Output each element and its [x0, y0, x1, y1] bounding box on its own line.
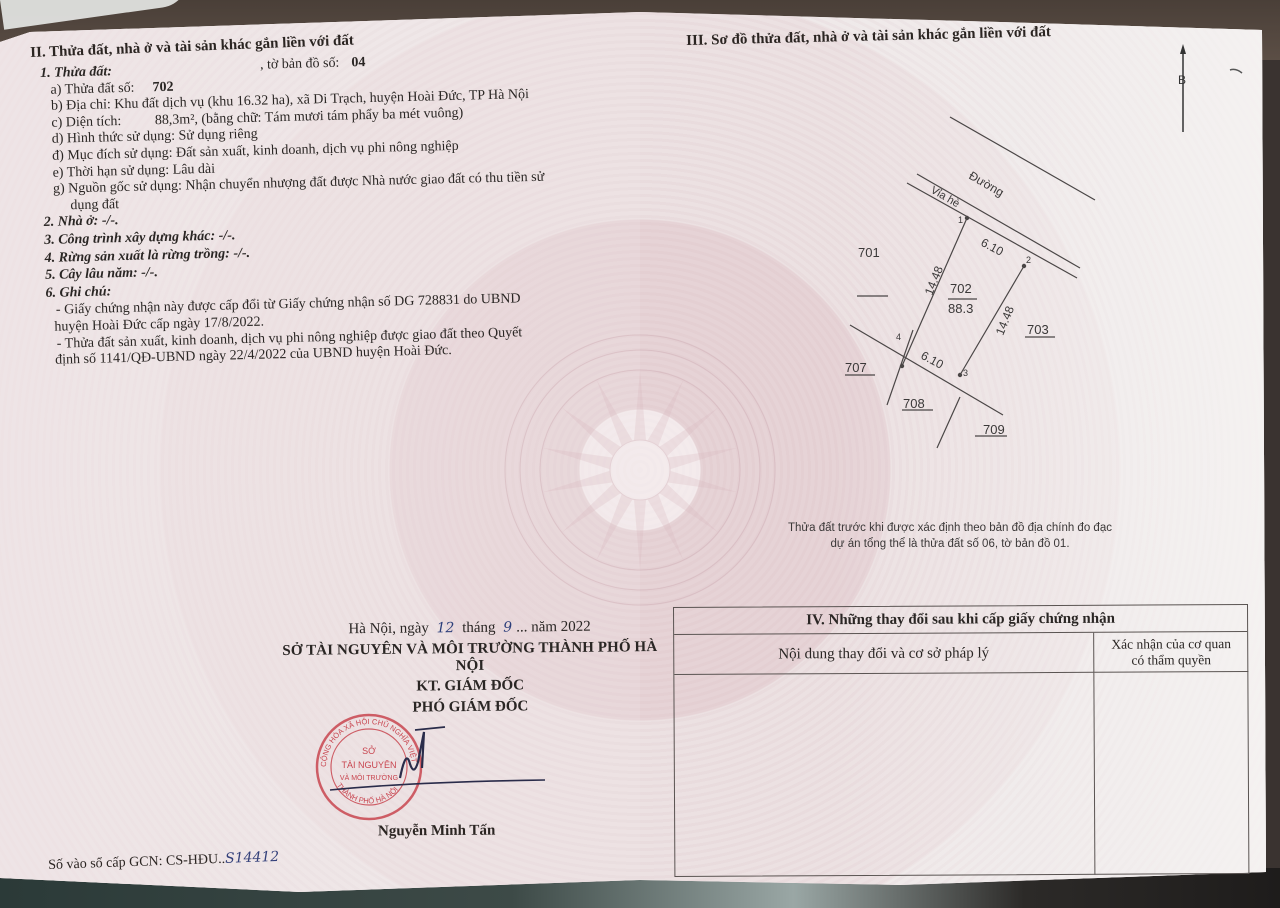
diagram-note-line-2: dự án tổng thể là thửa đất số 06, tờ bản… [780, 536, 1120, 552]
date-day: 12 [432, 620, 458, 636]
north-label: B [1178, 73, 1186, 87]
date-prefix: Hà Nội, ngày [348, 620, 429, 637]
edge-right-length: 14.48 [993, 304, 1017, 337]
neighbor-708: 708 [903, 396, 925, 411]
parcel-area-label: 88.3 [948, 301, 973, 316]
sidewalk-label: Vỉa hè [929, 184, 962, 210]
item-1-label: 1. Thửa đất: [40, 64, 112, 81]
parcel-number: 702 [152, 79, 173, 96]
date-month: 9 [499, 620, 516, 636]
column-header-authority-line-2: có thẩm quyền [1094, 652, 1248, 669]
map-sheet-label: , tờ bản đồ số: [260, 56, 340, 73]
neighbor-709: 709 [983, 422, 1005, 437]
section-2-content: 1. Thửa đất: , tờ bản đồ số:04 a) Thửa đ… [40, 52, 607, 369]
issuing-organization: SỞ TÀI NGUYÊN VÀ MÔI TRƯỜNG THÀNH PHỐ HÀ… [270, 639, 670, 677]
changes-table-title: IV. Những thay đổi sau khi cấp giấy chứn… [674, 605, 1247, 635]
corner-2: 2 [1026, 255, 1031, 265]
column-header-authority: Xác nhận của cơ quan có thẩm quyền [1094, 632, 1248, 673]
area-label: c) Diện tích: [51, 114, 121, 131]
column-header-content: Nội dung thay đổi và cơ sở pháp lý [674, 633, 1094, 675]
corner-3: 3 [963, 368, 968, 378]
bronze-drum-watermark-icon [500, 330, 780, 610]
corner-4: 4 [896, 332, 901, 342]
signer-name: Nguyễn Minh Tấn [378, 824, 495, 840]
parcel-diagram: Đường Vỉa hè 1 2 3 4 6.10 6.10 14.48 14.… [820, 100, 1100, 460]
changes-content-cell [674, 673, 1095, 877]
parcel-702-label: 702 [950, 281, 972, 296]
handwritten-signature-icon [320, 720, 560, 810]
north-arrow-icon: B [1150, 40, 1280, 150]
map-sheet-number: 04 [351, 55, 365, 70]
signatory-on-behalf: KT. GIÁM ĐỐC [270, 676, 670, 697]
corner-1: 1 [958, 215, 963, 225]
map-sheet: , tờ bản đồ số:04 [260, 55, 366, 74]
registry-handwritten-number: S14412 [225, 849, 280, 867]
diagram-note-line-1: Thửa đất trước khi được xác định theo bả… [780, 520, 1120, 536]
neighbor-707: 707 [845, 360, 867, 375]
road-label: Đường [967, 168, 1007, 199]
parcel-label: a) Thửa đất số: [50, 80, 134, 97]
neighbor-703: 703 [1027, 322, 1049, 337]
column-header-authority-line-1: Xác nhận của cơ quan [1094, 636, 1248, 653]
changes-authority-cell [1094, 672, 1249, 875]
changes-table: IV. Những thay đổi sau khi cấp giấy chứn… [673, 604, 1249, 877]
diagram-note: Thửa đất trước khi được xác định theo bả… [780, 520, 1120, 552]
neighbor-701: 701 [858, 245, 880, 260]
edge-top-length: 6.10 [979, 235, 1006, 258]
signature-block: Hà Nội, ngày 12 tháng 9... năm 2022 SỞ T… [270, 618, 671, 718]
edge-left-length: 14.48 [922, 264, 946, 297]
month-label: tháng [462, 620, 495, 636]
year-label: năm 2022 [531, 619, 591, 636]
issue-date: Hà Nội, ngày 12 tháng 9... năm 2022 [270, 618, 670, 639]
